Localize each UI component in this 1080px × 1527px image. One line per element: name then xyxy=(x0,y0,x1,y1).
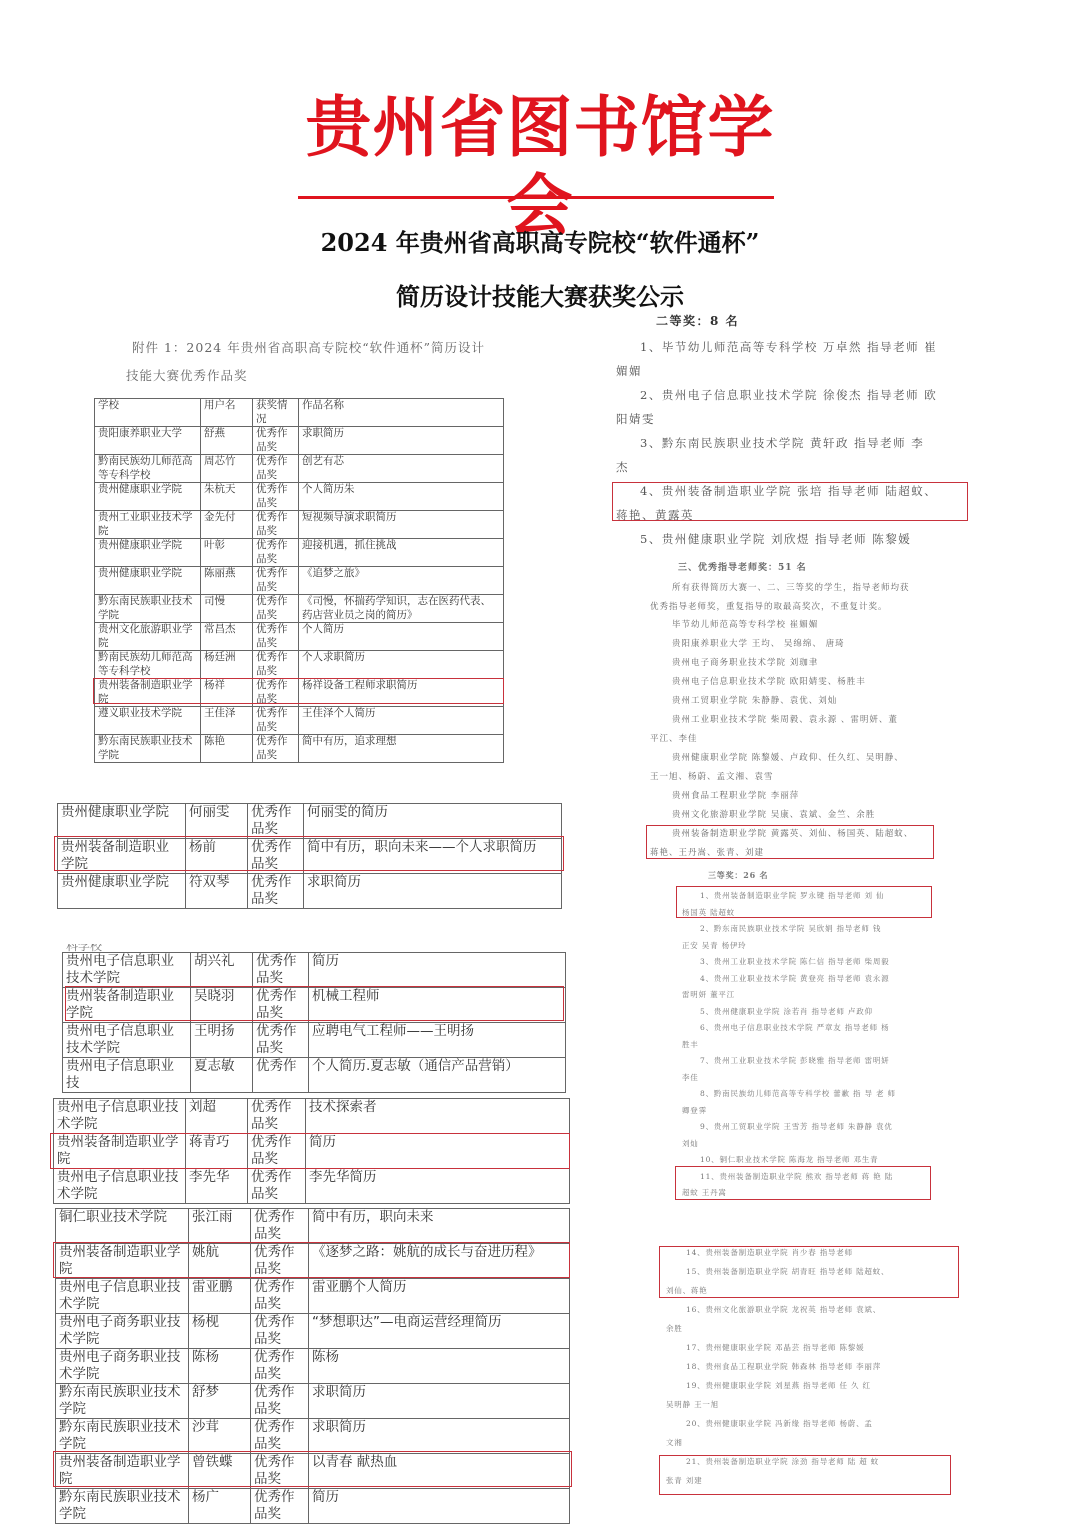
list-item-line1: 6、贵州电子信息职业技术学院 严章友 指导老师 杨 xyxy=(700,1022,889,1033)
list-item-line2: 张青 刘建 xyxy=(666,1475,702,1486)
cell-award: 优秀作品奖 xyxy=(253,539,299,567)
table-row: 贵州健康职业学院叶彰优秀作品奖迎接机遇，抓住挑战 xyxy=(95,539,504,567)
list-item-line2: 胜丰 xyxy=(682,1039,699,1050)
cell-work-title: 创艺有芯 xyxy=(299,455,504,483)
cell-award: 优秀作品奖 xyxy=(253,623,299,651)
cell-award: 优秀作品奖 xyxy=(248,1169,306,1204)
list-item-line2: 吴明静 王一旭 xyxy=(666,1399,719,1410)
list-item-line2: 杰 xyxy=(616,459,629,475)
cell-school: 黔东南民族职业技术学院 xyxy=(95,595,201,623)
cell-school: 贵阳康养职业大学 xyxy=(95,427,201,455)
cell-work-title: 短视频导演求职简历 xyxy=(299,511,504,539)
cell-work-title: 《司慢，怀揣药学知识，志在医药代表、药店营业员之岗的简历》 xyxy=(299,595,504,623)
list-item-line2: 平江、李佳 xyxy=(650,732,698,744)
cell-school: 黔东南民族职业技术学院 xyxy=(56,1419,189,1454)
table-row: 贵州装备制造职业学院姚航优秀作品奖《逐梦之路：姚航的成长与奋进历程》 xyxy=(56,1244,570,1279)
cell-school: 贵州装备制造职业学院 xyxy=(56,1244,189,1279)
cell-username: 常昌杰 xyxy=(201,623,253,651)
org-name: 贵州省图书馆学会 xyxy=(300,88,780,244)
award-table-segment-2: 贵州健康职业学院何丽雯优秀作品奖何丽雯的简历贵州装备制造职业学院杨前优秀作品奖简… xyxy=(57,803,562,909)
document-title-line2: 简历设计技能大赛获奖公示 xyxy=(300,280,780,314)
attachment-line1: 附件 1：2024 年贵州省高职高专院校“软件通杯”简历设计 xyxy=(96,334,516,362)
cell-school: 贵州电子商务职业技术学院 xyxy=(56,1349,189,1384)
cell-username: 王明扬 xyxy=(191,1023,253,1058)
table-row: 贵州电子信息职业技术学院雷亚鹏优秀作品奖雷亚鹏个人简历 xyxy=(56,1279,570,1314)
list-item-line2: 媚媚 xyxy=(616,363,642,379)
list-item-line1: 9、贵州工贸职业学院 王雪芳 指导老师 朱静静 袁优 xyxy=(700,1121,893,1132)
table-row: 贵州装备制造职业学院吴晓羽优秀作品奖机械工程师 xyxy=(63,988,566,1023)
cell-award: 优秀作品奖 xyxy=(253,679,299,707)
cell-school: 贵州电子信息职业技 xyxy=(63,1058,191,1093)
list-item-line2: 阳婧雯 xyxy=(616,411,655,427)
cell-school: 贵州电子信息职业技术学院 xyxy=(63,953,191,988)
table-row: 黔东南民族职业技术学院司慢优秀作品奖《司慢，怀揣药学知识，志在医药代表、药店营业… xyxy=(95,595,504,623)
cell-award: 优秀作品奖 xyxy=(253,707,299,735)
cell-school: 贵州健康职业学院 xyxy=(58,804,186,839)
cell-award: 优秀作品奖 xyxy=(253,595,299,623)
teacher-award-heading: 三、优秀指导老师奖：51 名 xyxy=(678,560,807,573)
table-row: 贵州装备制造职业学院蒋青巧优秀作品奖简历 xyxy=(54,1134,570,1169)
cell-username: 杨广 xyxy=(189,1489,251,1524)
cell-award: 优秀作品奖 xyxy=(251,1349,309,1384)
table-row: 贵阳康养职业大学舒燕优秀作品奖求职简历 xyxy=(95,427,504,455)
list-item-line2: 刘仙、蒋艳 xyxy=(666,1285,708,1296)
table-row: 贵州电子商务职业技术学院陈杨优秀作品奖陈杨 xyxy=(56,1349,570,1384)
list-item-line2: 卿登霁 xyxy=(682,1105,707,1116)
list-item-line1: 5、贵州健康职业学院 涂若肖 指导老师 卢政仰 xyxy=(700,1006,873,1017)
cell-work-title: 求职简历 xyxy=(299,427,504,455)
cell-work-title: 个人简历.夏志敏（通信产品营销） xyxy=(309,1058,566,1093)
table-header-row: 学校 用户名 获奖情况 作品名称 xyxy=(95,399,504,427)
cell-award: 优秀作品奖 xyxy=(251,1384,309,1419)
list-item-line1: 7、贵州工业职业技术学院 彭晓雅 指导老师 雷明妍 xyxy=(700,1055,889,1066)
list-item-line1: 贵州健康职业学院 陈黎媛、卢政仰、任久红、吴明静、 xyxy=(672,751,904,763)
table-row: 黔东南民族职业技术学院陈艳优秀作品奖简中有历，追求理想 xyxy=(95,735,504,763)
header-username: 用户名 xyxy=(201,399,253,427)
cell-school: 黔东南民族职业技术学院 xyxy=(56,1489,189,1524)
list-item-line2: 文湘 xyxy=(666,1437,683,1448)
table-row: 贵州健康职业学院何丽雯优秀作品奖何丽雯的简历 xyxy=(58,804,562,839)
header-school: 学校 xyxy=(95,399,201,427)
cell-work-title: 简中有历，职向未来 xyxy=(309,1209,570,1244)
cell-username: 李先华 xyxy=(186,1169,248,1204)
cell-username: 陈丽燕 xyxy=(201,567,253,595)
cell-work-title: 雷亚鹏个人简历 xyxy=(309,1279,570,1314)
cell-school: 贵州工业职业技术学院 xyxy=(95,511,201,539)
cell-award: 优秀作品奖 xyxy=(251,1489,309,1524)
list-item-line1: 21、贵州装备制造职业学院 涂劲 指导老师 陆 超 蚊 xyxy=(686,1456,879,1467)
table-cut-edge: 科学校 xyxy=(62,944,566,952)
cell-username: 金先付 xyxy=(201,511,253,539)
list-item-line1: 4、贵州装备制造职业学院 张培 指导老师 陆超蚊、 xyxy=(640,483,937,499)
cell-username: 符双琴 xyxy=(186,874,248,909)
list-item-line2: 杨国英 陆超蚊 xyxy=(682,907,735,918)
table-row: 铜仁职业技术学院张江雨优秀作品奖简中有历，职向未来 xyxy=(56,1209,570,1244)
cell-award: 优秀作品奖 xyxy=(248,1099,306,1134)
cell-work-title: 何丽雯的简历 xyxy=(304,804,562,839)
cell-award: 优秀作品奖 xyxy=(253,651,299,679)
cell-school: 贵州装备制造职业学院 xyxy=(56,1454,189,1489)
cell-award: 优秀作品奖 xyxy=(253,988,309,1023)
attachment-caption: 附件 1：2024 年贵州省高职高专院校“软件通杯”简历设计 技能大赛优秀作品奖 xyxy=(96,334,516,390)
cell-work-title: 求职简历 xyxy=(304,874,562,909)
cell-award: 优秀作品奖 xyxy=(253,427,299,455)
cell-work-title: 以青春 献热血 xyxy=(309,1454,570,1489)
list-item-line2: 王一旭、杨蔚、孟文湘、袁雪 xyxy=(650,770,774,782)
award-table-segment-5: 铜仁职业技术学院张江雨优秀作品奖简中有历，职向未来贵州装备制造职业学院姚航优秀作… xyxy=(55,1208,570,1524)
list-item-line1: 18、贵州食品工程职业学院 韩森林 指导老师 李丽萍 xyxy=(686,1361,881,1372)
cell-school: 贵州电子信息职业技术学院 xyxy=(56,1279,189,1314)
list-item-line1: 贵州工贸职业学院 朱静静、袁优、刘灿 xyxy=(672,694,837,706)
list-item-line2: 蒋艳、王丹嵩、张青、刘建 xyxy=(650,846,764,858)
cell-username: 杨廷洲 xyxy=(201,651,253,679)
cell-username: 舒梦 xyxy=(189,1384,251,1419)
list-item-line1: 2、黔东南民族职业技术学院 吴欣娟 指导老师 钱 xyxy=(700,923,881,934)
cell-work-title: 《追梦之旅》 xyxy=(299,567,504,595)
header-divider xyxy=(298,196,774,199)
cell-school: 黔东南民族职业技术学院 xyxy=(95,735,201,763)
cell-work-title: 个人简历朱 xyxy=(299,483,504,511)
cell-school: 贵州健康职业学院 xyxy=(58,874,186,909)
table-row: 遵义职业技术学院王佳泽优秀作品奖王佳泽个人简历 xyxy=(95,707,504,735)
list-item-line1: 毕节幼儿师范高等专科学校 崔媚媚 xyxy=(672,618,818,630)
cell-school: 贵州电子信息职业技术学院 xyxy=(54,1169,186,1204)
list-item-line1: 贵州装备制造职业学院 黄露英、刘仙、杨国英、陆超蚊、 xyxy=(672,827,913,839)
list-item-line1: 1、毕节幼儿师范高等专科学校 万卓然 指导老师 崔 xyxy=(640,339,937,355)
table-row: 贵州装备制造职业学院杨祥优秀作品奖杨祥设备工程师求职简历 xyxy=(95,679,504,707)
cell-work-title: “梦想职达”—电商运营经理简历 xyxy=(309,1314,570,1349)
cell-username: 雷亚鹏 xyxy=(189,1279,251,1314)
cell-school: 贵州健康职业学院 xyxy=(95,483,201,511)
cell-username: 胡兴礼 xyxy=(191,953,253,988)
cell-work-title: 求职简历 xyxy=(309,1419,570,1454)
cell-school: 贵州电子信息职业技术学院 xyxy=(63,1023,191,1058)
cell-school: 黔南民族幼儿师范高等专科学校 xyxy=(95,455,201,483)
list-item-line1: 3、贵州工业职业技术学院 陈仁信 指导老师 柴周毅 xyxy=(700,956,889,967)
cell-school: 贵州装备制造职业学院 xyxy=(58,839,186,874)
cell-username: 叶彰 xyxy=(201,539,253,567)
cell-username: 陈杨 xyxy=(189,1349,251,1384)
list-item-line2: 正安 吴青 杨伊玲 xyxy=(682,940,746,951)
attachment-line2: 技能大赛优秀作品奖 xyxy=(96,362,516,390)
cell-school: 贵州电子商务职业技术学院 xyxy=(56,1314,189,1349)
list-item-line1: 19、贵州健康职业学院 刘星燕 指导老师 任 久 红 xyxy=(686,1380,871,1391)
third-prize-heading: 三等奖：26 名 xyxy=(708,870,768,881)
table-row: 黔南民族幼儿师范高等专科学校杨廷洲优秀作品奖个人求职简历 xyxy=(95,651,504,679)
cell-username: 何丽雯 xyxy=(186,804,248,839)
cell-school: 贵州健康职业学院 xyxy=(95,567,201,595)
cell-username: 司慢 xyxy=(201,595,253,623)
list-item-line1: 11、贵州装备制造职业学院 熊欢 指导老师 蒋 艳 陆 xyxy=(700,1171,893,1182)
cell-work-title: 个人简历 xyxy=(299,623,504,651)
table-row: 贵州电子商务职业技术学院杨枧优秀作品奖“梦想职达”—电商运营经理简历 xyxy=(56,1314,570,1349)
cell-username: 王佳泽 xyxy=(201,707,253,735)
list-item-line1: 8、黔南民族幼儿师范高等专科学校 蕾歉 指 导 老 师 xyxy=(700,1088,896,1099)
table-row: 贵州电子信息职业技术学院李先华优秀作品奖李先华简历 xyxy=(54,1169,570,1204)
cell-work-title: 机械工程师 xyxy=(309,988,566,1023)
cell-work-title: 技术探索者 xyxy=(306,1099,570,1134)
list-item-line1: 1、贵州装备制造职业学院 罗永键 指导老师 刘 仙 xyxy=(700,890,884,901)
cell-school: 贵州装备制造职业学院 xyxy=(63,988,191,1023)
cell-award: 优秀作品奖 xyxy=(253,953,309,988)
cell-school: 贵州电子信息职业技术学院 xyxy=(54,1099,186,1134)
cell-school: 遵义职业技术学院 xyxy=(95,707,201,735)
award-table-segment-3: 贵州电子信息职业技术学院胡兴礼优秀作品奖简历贵州装备制造职业学院吴晓羽优秀作品奖… xyxy=(62,952,566,1093)
cell-username: 杨枧 xyxy=(189,1314,251,1349)
document-title-line1: 2024 年贵州省高职高专院校“软件通杯” xyxy=(300,226,780,260)
table-row: 贵州电子信息职业技夏志敏优秀作个人简历.夏志敏（通信产品营销） xyxy=(63,1058,566,1093)
cell-work-title: 简中有历，职向未来——个人求职简历 xyxy=(304,839,562,874)
cell-username: 朱杭天 xyxy=(201,483,253,511)
second-prize-heading: 二等奖：8 名 xyxy=(656,312,739,329)
table-row: 黔东南民族职业技术学院沙茸优秀作品奖求职简历 xyxy=(56,1419,570,1454)
list-item-line1: 2、贵州电子信息职业技术学院 徐俊杰 指导老师 欧 xyxy=(640,387,937,403)
cell-username: 沙茸 xyxy=(189,1419,251,1454)
cell-work-title: 李先华简历 xyxy=(306,1169,570,1204)
table-row: 贵州电子信息职业技术学院刘超优秀作品奖技术探索者 xyxy=(54,1099,570,1134)
list-item-line2: 余胜 xyxy=(666,1323,683,1334)
list-item-line2: 雷明妍 董平江 xyxy=(682,989,735,1000)
list-item-line1: 贵州文化旅游职业学院 吴康、袁斌、金竺、余胜 xyxy=(672,808,875,820)
cell-award: 优秀作品奖 xyxy=(251,1454,309,1489)
award-table-segment-1: 学校 用户名 获奖情况 作品名称 贵阳康养职业大学舒燕优秀作品奖求职简历黔南民族… xyxy=(94,398,504,763)
cell-work-title: 求职简历 xyxy=(309,1384,570,1419)
cell-school: 铜仁职业技术学院 xyxy=(56,1209,189,1244)
header-work-title: 作品名称 xyxy=(299,399,504,427)
list-item-line2: 李佳 xyxy=(682,1072,699,1083)
cell-school: 黔南民族幼儿师范高等专科学校 xyxy=(95,651,201,679)
cell-award: 优秀作品奖 xyxy=(248,839,304,874)
cell-username: 舒燕 xyxy=(201,427,253,455)
cell-work-title: 简历 xyxy=(306,1134,570,1169)
cell-work-title: 简中有历，追求理想 xyxy=(299,735,504,763)
cell-username: 杨前 xyxy=(186,839,248,874)
cell-username: 陈艳 xyxy=(201,735,253,763)
cell-username: 杨祥 xyxy=(201,679,253,707)
table-row: 贵州文化旅游职业学院常昌杰优秀作品奖个人简历 xyxy=(95,623,504,651)
cell-award: 优秀作品奖 xyxy=(251,1419,309,1454)
cell-award: 优秀作品奖 xyxy=(253,567,299,595)
cell-award: 优秀作品奖 xyxy=(253,511,299,539)
list-item-line1: 贵阳康养职业大学 王均、 吴绵绵、 唐琦 xyxy=(672,637,845,649)
cell-school: 贵州健康职业学院 xyxy=(95,539,201,567)
cell-award: 优秀作品奖 xyxy=(253,483,299,511)
table-row: 贵州健康职业学院陈丽燕优秀作品奖《追梦之旅》 xyxy=(95,567,504,595)
list-item-line1: 17、贵州健康职业学院 邓晶芸 指导老师 陈黎媛 xyxy=(686,1342,864,1353)
table-row: 贵州装备制造职业学院曾铁蝶优秀作品奖以青春 献热血 xyxy=(56,1454,570,1489)
cell-award: 优秀作品奖 xyxy=(253,455,299,483)
teacher-award-intro-2: 优秀指导老师奖，重复指导的取最高奖次，不重复计奖。 xyxy=(650,600,888,612)
list-item-line1: 贵州工业职业技术学院 柴周毅、袁永源 、雷明妍、董 xyxy=(672,713,898,725)
cell-username: 蒋青巧 xyxy=(186,1134,248,1169)
cell-username: 姚航 xyxy=(189,1244,251,1279)
cell-award: 优秀作品奖 xyxy=(251,1209,309,1244)
cell-username: 周芯竹 xyxy=(201,455,253,483)
table-row: 贵州电子信息职业技术学院王明扬优秀作品奖应聘电气工程师——王明扬 xyxy=(63,1023,566,1058)
list-item-line1: 5、贵州健康职业学院 刘欣煜 指导老师 陈黎媛 xyxy=(640,531,911,547)
cell-work-title: 应聘电气工程师——王明扬 xyxy=(309,1023,566,1058)
cell-award: 优秀作品奖 xyxy=(248,874,304,909)
cell-award: 优秀作品奖 xyxy=(251,1314,309,1349)
list-item-line2: 超蚊 王丹嵩 xyxy=(682,1187,727,1198)
list-item-line1: 15、贵州装备制造职业学院 胡青旺 指导老师 陆超蚊、 xyxy=(686,1266,889,1277)
cell-school: 贵州文化旅游职业学院 xyxy=(95,623,201,651)
table-row: 黔东南民族职业技术学院杨广优秀作品奖简历 xyxy=(56,1489,570,1524)
cell-award: 优秀作品奖 xyxy=(253,735,299,763)
list-item-line2: 蒋艳、黄露英 xyxy=(616,507,694,523)
list-item-line1: 贵州电子信息职业技术学院 欧阳婧雯、杨胜丰 xyxy=(672,675,866,687)
list-item-line1: 14、贵州装备制造职业学院 肖少春 指导老师 xyxy=(686,1247,853,1258)
cell-username: 夏志敏 xyxy=(191,1058,253,1093)
list-item-line1: 20、贵州健康职业学院 冯新缘 指导老师 杨蔚、孟 xyxy=(686,1418,873,1429)
cell-username: 刘超 xyxy=(186,1099,248,1134)
list-item-line1: 10、铜仁职业技术学院 陈海龙 指导老师 邓生青 xyxy=(700,1154,878,1165)
cell-username: 吴晓羽 xyxy=(191,988,253,1023)
cell-award: 优秀作品奖 xyxy=(251,1244,309,1279)
cell-work-title: 陈杨 xyxy=(309,1349,570,1384)
cell-work-title: 个人求职简历 xyxy=(299,651,504,679)
cell-award: 优秀作品奖 xyxy=(248,804,304,839)
cell-award: 优秀作品奖 xyxy=(248,1134,306,1169)
cell-work-title: 简历 xyxy=(309,953,566,988)
cell-award: 优秀作品奖 xyxy=(253,1023,309,1058)
cell-school: 黔东南民族职业技术学院 xyxy=(56,1384,189,1419)
cell-award: 优秀作 xyxy=(253,1058,309,1093)
list-item-line1: 4、贵州工业职业技术学院 黄登亮 指导老师 袁永源 xyxy=(700,973,889,984)
cell-work-title: 杨祥设备工程师求职简历 xyxy=(299,679,504,707)
cell-work-title: 迎接机遇，抓住挑战 xyxy=(299,539,504,567)
cell-school: 贵州装备制造职业学院 xyxy=(54,1134,186,1169)
cell-work-title: 《逐梦之路：姚航的成长与奋进历程》 xyxy=(309,1244,570,1279)
table-row: 贵州健康职业学院符双琴优秀作品奖求职简历 xyxy=(58,874,562,909)
table-row: 贵州电子信息职业技术学院胡兴礼优秀作品奖简历 xyxy=(63,953,566,988)
award-table-segment-4: 贵州电子信息职业技术学院刘超优秀作品奖技术探索者贵州装备制造职业学院蒋青巧优秀作… xyxy=(53,1098,570,1204)
table-row: 贵州健康职业学院朱杭天优秀作品奖个人简历朱 xyxy=(95,483,504,511)
table-row: 黔东南民族职业技术学院舒梦优秀作品奖求职简历 xyxy=(56,1384,570,1419)
table-row: 黔南民族幼儿师范高等专科学校周芯竹优秀作品奖创艺有芯 xyxy=(95,455,504,483)
list-item-line1: 贵州食品工程职业学院 李丽萍 xyxy=(672,789,799,801)
header-award: 获奖情况 xyxy=(253,399,299,427)
cell-username: 曾铁蝶 xyxy=(189,1454,251,1489)
list-item-line2: 刘灿 xyxy=(682,1138,699,1149)
teacher-award-intro-1: 所有获得简历大赛一、二、三等奖的学生，指导老师均获 xyxy=(672,581,910,593)
list-item-line1: 16、贵州文化旅游职业学院 龙祝英 指导老师 袁斌、 xyxy=(686,1304,881,1315)
cell-school: 贵州装备制造职业学院 xyxy=(95,679,201,707)
cell-award: 优秀作品奖 xyxy=(251,1279,309,1314)
cell-work-title: 简历 xyxy=(309,1489,570,1524)
table-row: 贵州工业职业技术学院金先付优秀作品奖短视频导演求职简历 xyxy=(95,511,504,539)
list-item-line1: 3、黔东南民族职业技术学院 黄轩政 指导老师 李 xyxy=(640,435,924,451)
cell-work-title: 王佳泽个人简历 xyxy=(299,707,504,735)
list-item-line1: 贵州电子商务职业技术学院 刘珈聿 xyxy=(672,656,818,668)
table-row: 贵州装备制造职业学院杨前优秀作品奖简中有历，职向未来——个人求职简历 xyxy=(58,839,562,874)
cell-username: 张江雨 xyxy=(189,1209,251,1244)
